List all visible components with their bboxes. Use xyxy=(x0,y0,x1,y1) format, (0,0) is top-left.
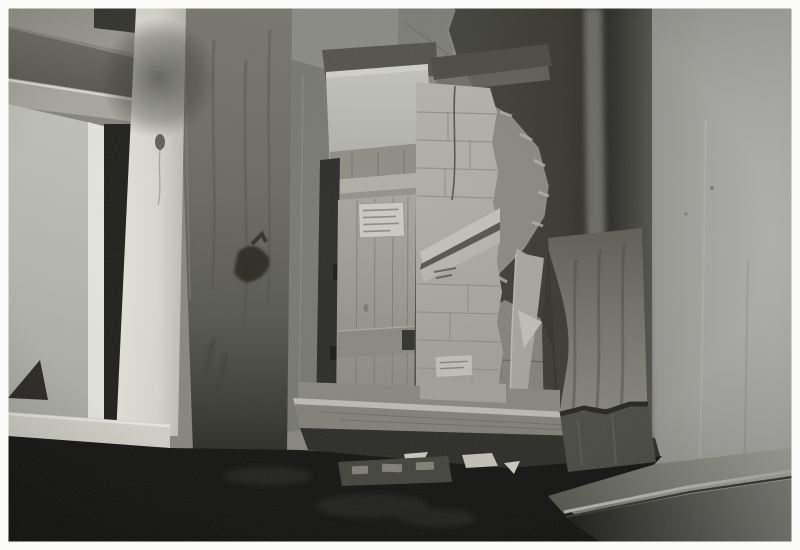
photo-canvas xyxy=(0,0,800,550)
photograph xyxy=(0,0,800,550)
film-grain xyxy=(8,8,792,542)
